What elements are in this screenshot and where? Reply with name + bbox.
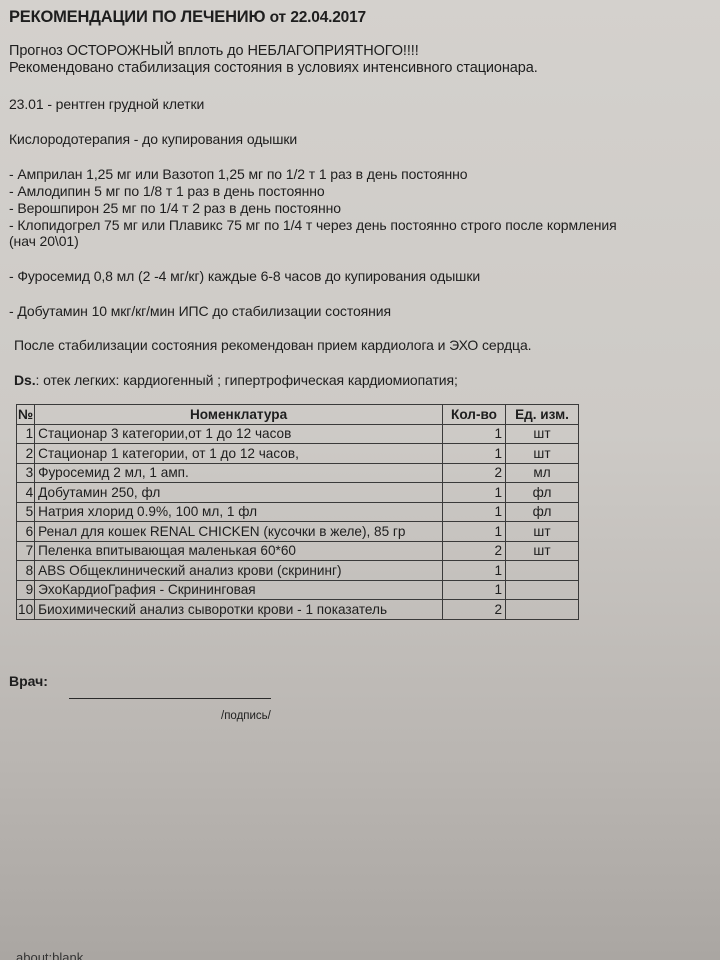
row-quantity: 1 (443, 444, 506, 464)
table-row: 8 ABS Общеклинический анализ крови (скри… (17, 561, 579, 581)
signature-caption: /подпись/ (221, 710, 271, 722)
table-row: 4 Добутамин 250, фл 1 фл (17, 483, 579, 503)
document-page: РЕКОМЕНДАЦИИ ПО ЛЕЧЕНИЮ от 22.04.2017 Пр… (0, 0, 720, 960)
row-name: Стационар 3 категории,от 1 до 12 часов (35, 424, 443, 444)
signature-line (69, 698, 271, 699)
table-row: 10 Биохимический анализ сыворотки крови … (17, 600, 579, 620)
date-prefix: от (270, 9, 286, 26)
row-quantity: 1 (443, 522, 506, 542)
oxygen-therapy-text: Кислородотерапия - до купирования одышки (9, 131, 297, 147)
row-number: 2 (17, 444, 35, 464)
row-name: Фуросемид 2 мл, 1 амп. (35, 463, 443, 483)
row-quantity: 1 (443, 483, 506, 503)
xray-text: 23.01 - рентген грудной клетки (9, 96, 204, 112)
table-row: 5 Натрия хлорид 0.9%, 100 мл, 1 фл 1 фл (17, 502, 579, 522)
title-text: РЕКОМЕНДАЦИИ ПО ЛЕЧЕНИЮ (9, 8, 265, 26)
row-quantity: 1 (443, 580, 506, 600)
row-number: 5 (17, 502, 35, 522)
medication-item: - Клопидогрел 75 мг или Плавикс 75 мг по… (9, 217, 617, 233)
row-name: Ренал для кошек RENAL CHICKEN (кусочки в… (35, 522, 443, 542)
header-quantity: Кол-во (443, 405, 506, 425)
footer-partial-text: about:blank (16, 950, 83, 960)
table-row: 7 Пеленка впитывающая маленькая 60*60 2 … (17, 541, 579, 561)
header-number: № (17, 405, 35, 425)
row-quantity: 2 (443, 541, 506, 561)
header-unit: Ед. изм. (506, 405, 579, 425)
row-unit: шт (506, 444, 579, 464)
dobutamine-text: - Добутамин 10 мкг/кг/мин ИПС до стабили… (9, 303, 391, 319)
table-row: 3 Фуросемид 2 мл, 1 амп. 2 мл (17, 463, 579, 483)
row-quantity: 2 (443, 600, 506, 620)
document-date: 22.04.2017 (290, 9, 366, 26)
row-name: ABS Общеклинический анализ крови (скрини… (35, 561, 443, 581)
table-row: 2 Стационар 1 категории, от 1 до 12 часо… (17, 444, 579, 464)
row-number: 9 (17, 580, 35, 600)
row-unit: фл (506, 502, 579, 522)
diagnosis-label: Ds. (14, 372, 36, 388)
row-name: Биохимический анализ сыворотки крови - 1… (35, 600, 443, 620)
row-name: Добутамин 250, фл (35, 483, 443, 503)
furosemide-text: - Фуросемид 0,8 мл (2 -4 мг/кг) каждые 6… (9, 268, 480, 284)
row-quantity: 1 (443, 424, 506, 444)
diagnosis-line: Ds.: отек легких: кардиогенный ; гипертр… (14, 372, 458, 388)
row-number: 1 (17, 424, 35, 444)
medication-item-note: (нач 20\01) (9, 233, 79, 249)
row-number: 6 (17, 522, 35, 542)
row-name: Стационар 1 категории, от 1 до 12 часов, (35, 444, 443, 464)
table-row: 1 Стационар 3 категории,от 1 до 12 часов… (17, 424, 579, 444)
row-unit (506, 600, 579, 620)
row-number: 7 (17, 541, 35, 561)
row-number: 8 (17, 561, 35, 581)
row-number: 10 (17, 600, 35, 620)
row-unit: шт (506, 541, 579, 561)
recommendation-text: Рекомендовано стабилизация состояния в у… (9, 60, 538, 76)
row-name: ЭхоКардиоГрафия - Скрининговая (35, 580, 443, 600)
row-unit: шт (506, 522, 579, 542)
diagnosis-text: : отек легких: кардиогенный ; гипертрофи… (36, 372, 458, 388)
medication-item: - Верошпирон 25 мг по 1/4 т 2 раз в день… (9, 200, 341, 216)
row-unit (506, 580, 579, 600)
nomenclature-table: № Номенклатура Кол-во Ед. изм. 1 Стацион… (16, 404, 579, 620)
row-unit: фл (506, 483, 579, 503)
document-title: РЕКОМЕНДАЦИИ ПО ЛЕЧЕНИЮ от 22.04.2017 (9, 8, 366, 27)
row-unit: мл (506, 463, 579, 483)
header-nomenclature: Номенклатура (35, 405, 443, 425)
row-quantity: 1 (443, 561, 506, 581)
prognosis-text: Прогноз ОСТОРОЖНЫЙ вплоть до НЕБЛАГОПРИЯ… (9, 43, 419, 59)
row-unit (506, 561, 579, 581)
row-quantity: 2 (443, 463, 506, 483)
table-row: 9 ЭхоКардиоГрафия - Скрининговая 1 (17, 580, 579, 600)
row-unit: шт (506, 424, 579, 444)
row-name: Пеленка впитывающая маленькая 60*60 (35, 541, 443, 561)
after-stabilization-text: После стабилизации состояния рекомендова… (14, 337, 531, 353)
row-quantity: 1 (443, 502, 506, 522)
row-name: Натрия хлорид 0.9%, 100 мл, 1 фл (35, 502, 443, 522)
row-number: 4 (17, 483, 35, 503)
row-number: 3 (17, 463, 35, 483)
table-row: 6 Ренал для кошек RENAL CHICKEN (кусочки… (17, 522, 579, 542)
doctor-label: Врач: (9, 673, 48, 689)
table-header-row: № Номенклатура Кол-во Ед. изм. (17, 405, 579, 425)
medication-item: - Амлодипин 5 мг по 1/8 т 1 раз в день п… (9, 183, 325, 199)
medication-item: - Амприлан 1,25 мг или Вазотоп 1,25 мг п… (9, 166, 467, 182)
